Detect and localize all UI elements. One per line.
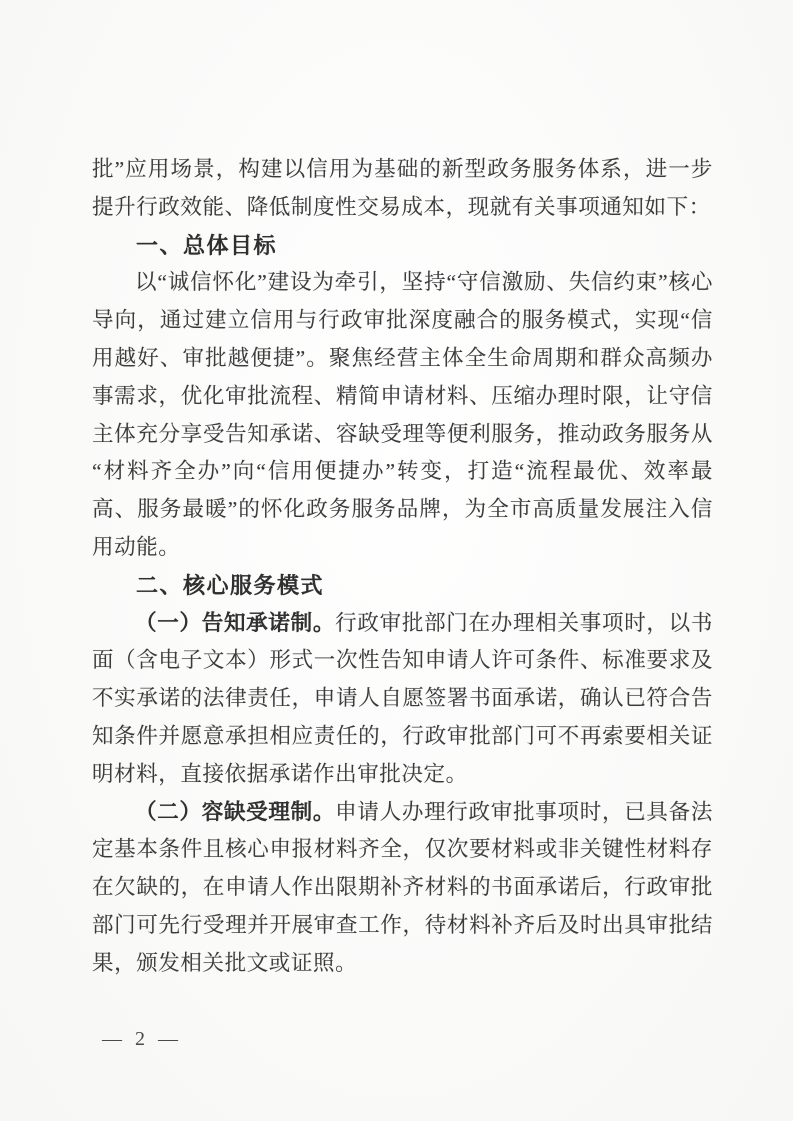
document-body: 批”应用场景，构建以信用为基础的新型政务服务体系，进一步提升行政效能、降低制度性… [92, 151, 713, 983]
list-item-notification-commitment-lead: （一）告知承诺制。 [135, 611, 335, 635]
page-number: — 2 — [102, 1024, 182, 1054]
scanned-document-page: 批”应用场景，构建以信用为基础的新型政务服务体系，进一步提升行政效能、降低制度性… [0, 0, 793, 1121]
paragraph-overall-goal: 以“诚信怀化”建设为牵引，坚持“守信激励、失信约束”核心导向，通过建立信用与行政… [92, 264, 713, 566]
list-item-tolerant-acceptance-text: 申请人办理行政审批事项时，已具备法定基本条件且核心申报材料齐全，仅次要材料或非关… [92, 800, 713, 975]
section-heading-core-service-modes: 二、核心服务模式 [92, 567, 713, 605]
list-item-tolerant-acceptance: （二）容缺受理制。申请人办理行政审批事项时，已具备法定基本条件且核心申报材料齐全… [92, 794, 713, 983]
list-item-notification-commitment: （一）告知承诺制。行政审批部门在办理相关事项时，以书面（含电子文本）形式一次性告… [92, 605, 713, 794]
list-item-tolerant-acceptance-lead: （二）容缺受理制。 [135, 800, 335, 824]
section-heading-overall-goal: 一、总体目标 [92, 227, 713, 265]
list-item-notification-commitment-text: 行政审批部门在办理相关事项时，以书面（含电子文本）形式一次性告知申请人许可条件、… [92, 611, 713, 786]
paragraph-continuation: 批”应用场景，构建以信用为基础的新型政务服务体系，进一步提升行政效能、降低制度性… [92, 151, 713, 227]
